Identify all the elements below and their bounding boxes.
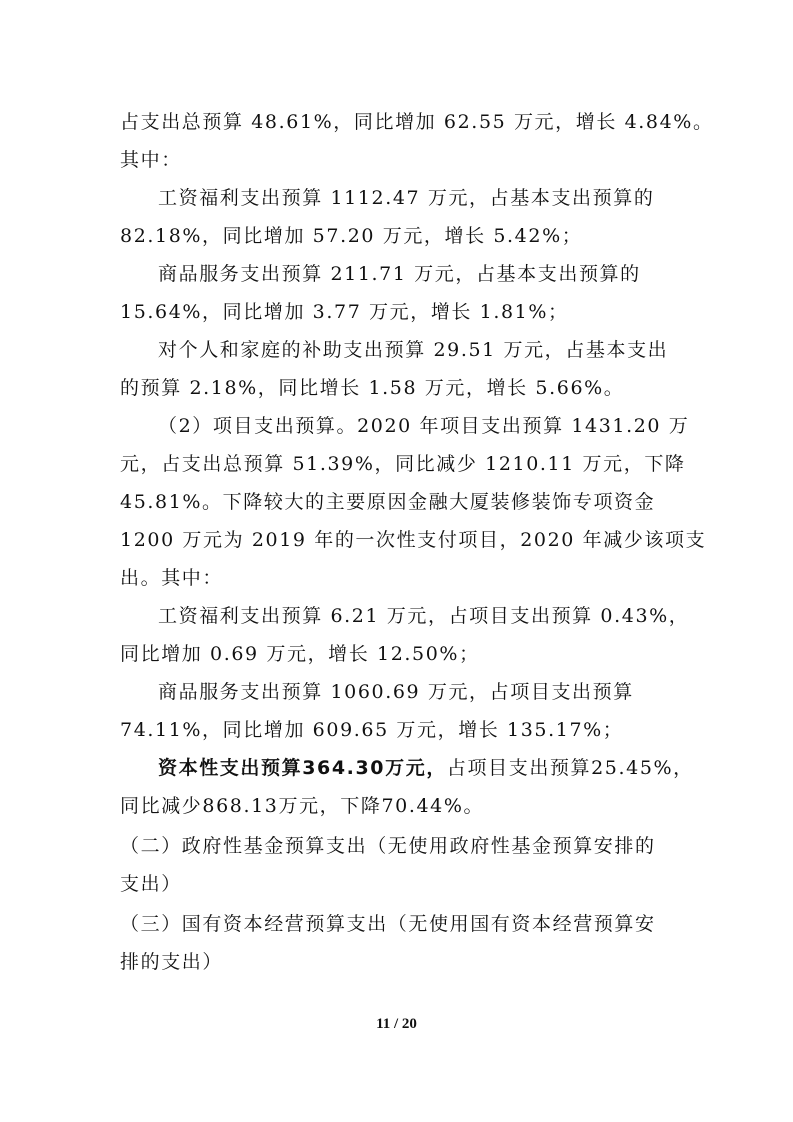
page-number: 11 / 20 — [0, 1016, 793, 1033]
text-line: （2）项目支出预算。2020 年项目支出预算 1431.20 万 — [158, 414, 680, 438]
text-line: 同比减少868.13万元，下降70.44%。 — [120, 794, 680, 818]
text-line: 工资福利支出预算 6.21 万元，占项目支出预算 0.43%， — [158, 604, 680, 628]
capital-expenditure-bold-text: 资本性支出预算364.30万元， — [158, 757, 447, 779]
text-line: 74.11%，同比增加 609.65 万元，增长 135.17%； — [120, 718, 680, 742]
text-line: 工资福利支出预算 1112.47 万元，占基本支出预算的 — [158, 186, 680, 210]
text-line: 出。其中： — [120, 566, 680, 590]
text-line: 商品服务支出预算 1060.69 万元，占项目支出预算 — [158, 680, 680, 704]
capital-expenditure-line: 资本性支出预算364.30万元，占项目支出预算25.45%， — [158, 756, 680, 780]
text-line: 支出） — [120, 872, 680, 896]
text-line: 15.64%，同比增加 3.77 万元，增长 1.81%； — [120, 300, 680, 324]
text-line: 元，占支出总预算 51.39%，同比减少 1210.11 万元，下降 — [120, 452, 680, 476]
text-line: 45.81%。下降较大的主要原因金融大厦装修装饰专项资金 — [120, 490, 680, 514]
capital-expenditure-text: 占项目支出预算25.45%， — [447, 757, 694, 779]
text-line: 对个人和家庭的补助支出预算 29.51 万元，占基本支出 — [158, 338, 680, 362]
document-page: 占支出总预算 48.61%，同比增加 62.55 万元，增长 4.84%。其中：… — [0, 0, 793, 1122]
text-line: 1200 万元为 2019 年的一次性支付项目，2020 年减少该项支 — [120, 528, 680, 552]
text-line: 其中： — [120, 148, 680, 172]
text-line: 的预算 2.18%，同比增长 1.58 万元，增长 5.66%。 — [120, 376, 680, 400]
text-line: 商品服务支出预算 211.71 万元，占基本支出预算的 — [158, 262, 680, 286]
text-line: 排的支出） — [120, 950, 680, 974]
text-line: 同比增加 0.69 万元，增长 12.50%； — [120, 642, 680, 666]
text-line: （三）国有资本经营预算支出（无使用国有资本经营预算安 — [120, 912, 680, 936]
text-line: 占支出总预算 48.61%，同比增加 62.55 万元，增长 4.84%。 — [120, 110, 680, 134]
text-line: （二）政府性基金预算支出（无使用政府性基金预算安排的 — [120, 834, 680, 858]
text-line: 82.18%，同比增加 57.20 万元，增长 5.42%； — [120, 224, 680, 248]
